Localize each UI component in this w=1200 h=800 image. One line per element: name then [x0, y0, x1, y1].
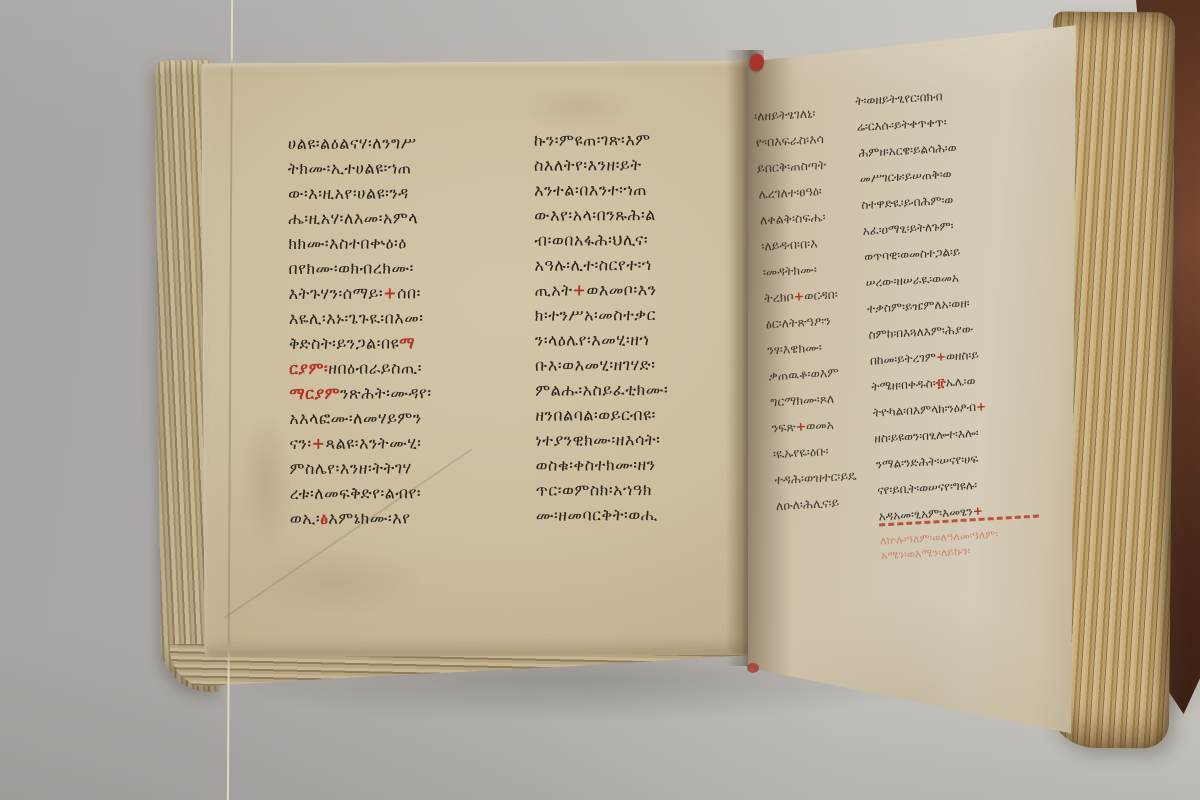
text-line: አዓሉ፡ሊተ፡ስርየተ፡ኀ: [534, 252, 752, 278]
red-ink-segment: +: [972, 504, 983, 519]
red-ink-segment: ማርያም: [289, 384, 340, 403]
left-page-column-1: ሀልዩ፡ልዕልናሃ፡ለንግሥትክሙ፡ኢተሀልዩ፡ኀጠው፡እ፡ዚአየ፡ሀልዩ፡ንዳ…: [288, 130, 532, 531]
black-ink-segment: ዘበዕብራይስጢ፡: [328, 358, 422, 377]
black-ink-segment: ፡ለይዳብ፡በ፡እ: [761, 236, 818, 254]
photo-backdrop: ሀልዩ፡ልዕልናሃ፡ለንግሥትክሙ፡ኢተሀልዩ፡ኀጠው፡እ፡ዚአየ፡ሀልዩ፡ንዳ…: [0, 0, 1200, 800]
black-ink-segment: እትጉሃን፡ሰማይ፡: [289, 283, 384, 302]
text-line: ው፡እ፡ዚአየ፡ሀልዩ፡ንዳ: [288, 180, 530, 206]
text-line: ክ፡ተንሥአ፡መስተቃር: [535, 302, 753, 328]
text-line: ወስቁ፡ቀስተክሙ፡ዘን: [535, 452, 753, 478]
black-ink-segment: ዮ፡በእፍራስ፡እሳ: [755, 131, 824, 150]
red-ink-segment: ርያም፡: [289, 359, 328, 378]
black-ink-segment: ቅድስት፡ይንጋል፡በዩ: [289, 333, 399, 353]
black-ink-segment: ወመአ: [806, 417, 835, 434]
text-line: እንተል፡በእንተ፡ኀጠ: [534, 177, 752, 203]
black-ink-segment: ስእለትየ፡እንዘ፡ይት: [534, 155, 642, 175]
black-ink-segment: ፡ለዘይትፄገለኒ፡: [754, 105, 816, 123]
black-ink-segment: ጥር፡ወምስክ፡አኀዓክ: [536, 480, 652, 500]
red-ink-segment: +: [976, 399, 987, 414]
right-page-column-2: ት፡ወዘይትፂየር፡በክብሬ፡ርእሱ፡ይትቀጥቀጥ፡ሕምዘ፡አርዌ፡ይልሳሕ፡ወ…: [855, 79, 1047, 530]
black-ink-segment: ወጥባዊ፡ወመስተጋል፡ይ: [864, 245, 961, 264]
black-ink-segment: ው፡እ፡ዚአየ፡ሀልዩ፡ንዳ: [288, 183, 409, 203]
text-line: እዬሊ፡እኑ፡ጌጉዪ፡በእመ፡: [289, 305, 531, 331]
black-ink-segment: እምኔክሙ፡እየ: [328, 508, 410, 527]
black-ink-segment: ሬ፡ርእሱ፡ይትቀጥቀጥ፡: [857, 115, 947, 134]
black-ink-segment: ናየ፡ይቢት፡ወሠናየ፡ግዩሉ፡: [877, 478, 978, 498]
black-ink-segment: ሕምዘ፡አርዌ፡ይልሳሕ፡ወ: [858, 141, 957, 160]
black-ink-segment: ወኢ፡: [290, 509, 320, 528]
black-ink-segment: ዘስ፡ይዩወን፡በፂሎተ፡እሎ፡: [874, 426, 979, 446]
black-ink-segment: ክክሙ፡እስተበቍዕ፡ዕ: [288, 233, 406, 253]
red-ink-segment: +: [383, 283, 397, 302]
black-ink-segment: ዘንበልባል፡ወይርብዩ፡: [535, 405, 656, 425]
text-line: ምስሌየ፡እንዘ፡ትትገሃ: [290, 455, 532, 481]
text-line: ማርያምንጽሕት፡ሙዳየ፡: [289, 380, 531, 406]
black-ink-segment: ሰበ፡: [397, 283, 421, 302]
text-line: ቡእ፡ወእመሂ፡ዘገሃድ፡: [535, 352, 753, 378]
black-ink-segment: አዓሉ፡ሊተ፡ስርየተ፡ኀ: [534, 255, 651, 275]
black-ink-segment: ፡መዳትክሙ፡: [762, 262, 817, 280]
red-ink-segment: ማ: [399, 333, 415, 352]
text-line: ብ፡ወበአፋሕ፡ህሊና፡: [534, 227, 752, 253]
black-ink-segment: ስተዋድዪ፡ይብሕም፡ወ: [861, 193, 954, 212]
black-ink-segment: አፈ፡ዐማፂ፡ይትለጉም፡: [862, 219, 954, 238]
black-ink-segment: ውእየ፡አላ፡በንጹሕ፡ል: [534, 205, 656, 225]
black-ink-segment: እንተል፡በእንተ፡ኀጠ: [534, 180, 647, 200]
black-ink-segment: ንፃ፡እዌክሙ፡: [767, 339, 822, 357]
black-ink-segment: ተዳሕ፡ወዝተር፡ይዴ: [774, 468, 857, 488]
black-ink-segment: ወዘስ፡ይ: [946, 348, 979, 364]
black-ink-segment: ለዑለ፡ሕሊና፡ይ: [775, 495, 839, 514]
black-ink-segment: ወእመቦ፡እን: [586, 280, 656, 299]
black-ink-segment: ንማል፡ንድሕት፡ሠናየ፡ሀፍ: [875, 452, 978, 472]
black-ink-segment: ጢአት: [535, 280, 573, 299]
black-ink-segment: ፅር፡ለትጽዓፆ፡ን: [765, 313, 831, 332]
black-ink-segment: ተቃስም፡ይዤምለአ፡ወዘ፡: [867, 296, 970, 316]
black-ink-segment: ፡ዪኡየዬ፡ዕቡ፡: [773, 443, 829, 461]
black-ink-segment: ነተያንዊክሙ፡ዘእሳት፡: [535, 430, 660, 450]
black-ink-segment: ብ፡ወበአፋሕ፡ህሊና፡: [534, 230, 648, 250]
black-ink-segment: አእላፎሙ፡ለመሃይምን: [289, 408, 422, 428]
black-ink-segment: መሥገርቱ፡ይሠጠቅ፡ወ: [859, 167, 951, 186]
text-line: ርያም፡ዘበዕብራይስጢ፡: [289, 355, 531, 381]
black-ink-segment: ሠረው፡ዘሠራዪ፡ወመአ: [865, 271, 959, 290]
black-ink-segment: ትረክቦ: [764, 289, 794, 306]
parchment-stain: [210, 532, 461, 633]
text-line: ትክሙ፡ኢተሀልዩ፡ኀጠ: [288, 155, 530, 181]
black-ink-segment: ሔ፡ዚአሃ፡ለእመ፡አምላ: [288, 208, 418, 228]
red-ink-segment: +: [793, 288, 804, 304]
black-ink-segment: ሌረገለተ፡ፀዓዕ፡: [758, 183, 822, 202]
text-line: ዘንበልባል፡ወይርብዩ፡: [535, 402, 753, 428]
text-line: ናን፡+ጻልዩ፡እንትሙሂ፡: [289, 430, 531, 456]
faded-red-rubric: ለኵሉ፡ዓለም፡ወለዓለመ፡ዓለም፡አሜን፡ወአሜን፡ለይኩን፡: [880, 524, 1056, 564]
text-line: አእላፎሙ፡ለመሃይምን: [289, 405, 531, 431]
black-ink-segment: ኤሌ፡ወ: [945, 374, 975, 390]
right-page-text-area: ፡ለዘይትፄገለኒ፡ዮ፡በእፍራስ፡እሳይበርቅ፡ጠስጣትሌረገለተ፡ፀዓዕ፡ለ…: [750, 60, 1065, 78]
text-line: ሙ፡ዘመባርቅት፡ወሒ: [536, 502, 754, 528]
black-ink-segment: ትሜዘ፡በቀዱስ፡: [871, 376, 936, 394]
text-line: ለዑለ፡ሕሊና፡ይ: [775, 488, 876, 520]
black-ink-segment: ሀልዩ፡ልዕልናሃ፡ለንግሥ: [288, 133, 417, 153]
black-ink-segment: አሜን፡ወአሜን፡ለይኩን፡: [881, 544, 971, 562]
black-ink-segment: ኩን፡ምዩጠ፡ገጽ፡እም: [534, 130, 651, 150]
black-ink-segment: ጻልዩ፡እንትሙሂ፡: [325, 433, 421, 453]
text-line: ወኢ፡ፅእምኔክሙ፡እየ: [290, 505, 532, 531]
black-ink-segment: ቡእ፡ወእመሂ፡ዘገሃድ፡: [535, 355, 656, 375]
black-ink-segment: ንፍጽ: [771, 419, 796, 435]
text-line: ነተያንዊክሙ፡ዘእሳት፡: [535, 427, 753, 453]
left-page-column-2: ኩን፡ምዩጠ፡ገጽ፡እምስእለትየ፡እንዘ፡ይትእንተል፡በእንተ፡ኀጠውእየ፡…: [534, 127, 754, 528]
black-ink-segment: ረቱ፡ለመፍቅድየ፡ልብየ፡: [290, 483, 422, 503]
black-ink-segment: እዬሊ፡እኑ፡ጌጉዪ፡በእመ፡: [289, 308, 424, 328]
rubric-block: ለኵሉ፡ዓለም፡ወለዓለመ፡ዓለም፡አሜን፡ወአሜን፡ለይኩን፡: [879, 514, 1056, 564]
text-line: ሔ፡ዚአሃ፡ለእመ፡አምላ: [288, 205, 530, 231]
black-ink-segment: ምልሑ፡አስይፈቲክሙ፡: [535, 380, 668, 400]
black-ink-segment: ክ፡ተንሥአ፡መስተቃር: [535, 305, 656, 325]
text-line: ጢአት+ወእመቦ፡እን: [535, 277, 753, 303]
black-ink-segment: ን፡ላዕሌየ፡እመሂ፡ዘኀ: [535, 330, 650, 350]
black-ink-segment: በየክሙ፡ወክብረክሙ፡: [288, 258, 413, 278]
black-ink-segment: ትክሙ፡ኢተሀልዩ፡ኀጠ: [288, 158, 412, 178]
text-line: ስእለትየ፡እንዘ፡ይት: [534, 152, 752, 178]
black-ink-segment: ቃጠዉቆ፡ወእም: [768, 365, 839, 384]
black-ink-segment: ለቀልቅ፡ስፍሔ፡: [760, 209, 826, 228]
right-page: ፡ለዘይትፄገለኒ፡ዮ፡በእፍራስ፡እሳይበርቅ፡ጠስጣትሌረገለተ፡ፀዓዕ፡ለ…: [746, 18, 1076, 748]
text-line: ክክሙ፡እስተበቍዕ፡ዕ: [288, 230, 530, 256]
black-ink-segment: ት፡ወዘይትፂየር፡በክብ: [855, 89, 943, 108]
text-line: ቅድስት፡ይንጋል፡በዩማ: [289, 330, 531, 356]
red-endband-thread-bottom: [747, 663, 759, 673]
text-line: ምልሑ፡አስይፈቲክሙ፡: [535, 377, 753, 403]
black-ink-segment: ትዮካል፡በእምላክ፡ንዕፆብ: [872, 400, 976, 420]
left-page: ሀልዩ፡ልዕልናሃ፡ለንግሥትክሙ፡ኢተሀልዩ፡ኀጠው፡እ፡ዚአየ፡ሀልዩ፡ንዳ…: [201, 61, 752, 658]
text-line: ጥር፡ወምስክ፡አኀዓክ: [536, 477, 754, 503]
text-line: ረቱ፡ለመፍቅድየ፡ልብየ፡: [290, 480, 532, 506]
red-ink-segment: ፅ: [320, 509, 328, 528]
black-ink-segment: ስምከ፡በእጓለእም፡ሕያው: [868, 322, 974, 342]
text-line: እትጉሃን፡ሰማይ፡+ሰበ፡: [289, 280, 531, 306]
text-line: ውእየ፡አላ፡በንጹሕ፡ል: [534, 202, 752, 228]
black-ink-segment: ወርዳበ፡: [804, 286, 839, 303]
text-line: በየክሙ፡ወክብረክሙ፡: [288, 255, 530, 281]
red-ink-segment: +: [572, 280, 586, 299]
black-ink-segment: ሙ፡ዘመባርቅት፡ወሒ: [536, 505, 658, 525]
black-ink-segment: ናን፡: [289, 434, 311, 453]
black-ink-segment: በከመ፡ይትረገም: [870, 350, 937, 368]
black-ink-segment: ወስቁ፡ቀስተክሙ፡ዘን: [536, 455, 656, 475]
black-ink-segment: ግርማክሙ፡ጾለ: [770, 391, 835, 410]
black-ink-segment: ይበርቅ፡ጠስጣት: [757, 157, 827, 176]
black-ink-segment: ንጽሕት፡ሙዳየ፡: [340, 383, 432, 402]
text-line: ሀልዩ፡ልዕልናሃ፡ለንግሥ: [288, 130, 530, 156]
text-line: ን፡ላዕሌየ፡እመሂ፡ዘኀ: [535, 327, 753, 353]
red-ink-segment: +: [312, 434, 326, 453]
black-ink-segment: ምስሌየ፡እንዘ፡ትትገሃ: [290, 458, 412, 478]
text-line: ኩን፡ምዩጠ፡ገጽ፡እም: [534, 127, 752, 153]
